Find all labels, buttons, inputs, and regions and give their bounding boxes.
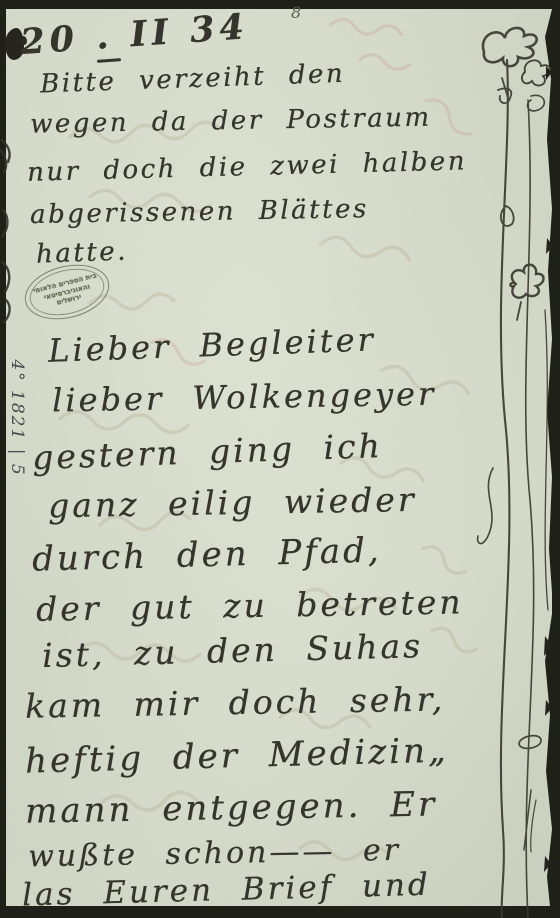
letter-line: abgerissenen Blättes xyxy=(30,194,369,230)
letter-line: kam mir doch sehr, xyxy=(25,679,446,725)
letter-line: lieber Wolkengeyer xyxy=(52,375,437,420)
letter-line: mann entgegen. Er xyxy=(25,784,438,831)
scanned-letter-page: 20 . II 34 8 Bitte verzeiht den wegen da… xyxy=(0,0,560,918)
letter-line: ganz eilig wieder xyxy=(48,480,417,525)
archive-shelfmark: 4° 1821 | 5 xyxy=(7,343,27,493)
letter-line: der gut zu betreten xyxy=(36,582,464,628)
pencil-page-number: 8 xyxy=(291,3,301,22)
